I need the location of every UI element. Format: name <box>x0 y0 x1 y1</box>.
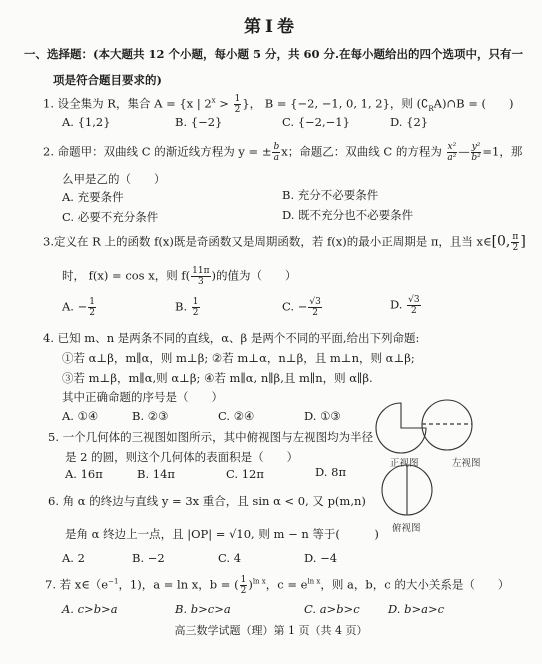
question-6-cont: 是角 α 终边上一点，且 |OP| = √10, 则 m − n 等于( ) <box>65 526 379 542</box>
question-stem: ，1)，a = ln x，b = ( <box>118 578 238 592</box>
superscript: −1 <box>108 578 118 586</box>
question-number: 7. <box>45 578 56 592</box>
question-stem: 若 x∈（e <box>60 578 108 592</box>
front-view-shape <box>376 403 426 453</box>
option-a: A. c>b>a <box>62 602 118 616</box>
option-d: D. b>a>c <box>388 602 444 616</box>
option-d: D. −4 <box>304 551 337 565</box>
fraction: 12 <box>240 575 248 596</box>
option-c: C. a>b>c <box>304 602 360 616</box>
top-view-label: 俯视图 <box>392 520 421 534</box>
option-b: B. −2 <box>132 551 165 565</box>
question-6: 6. 角 α 的终边与直线 y = 3x 重合，且 sin α < 0, 又 p… <box>48 493 366 509</box>
superscript: ln x <box>253 578 266 586</box>
option-a: A. 2 <box>62 551 85 565</box>
question-stem: ，c = e <box>266 578 308 592</box>
question-stem: ，则 a，b，c 的大小关系是（ ） <box>320 578 509 592</box>
option-b: B. b>c>a <box>175 602 231 616</box>
question-7: 7. 若 x∈（e−1，1)，a = ln x，b = (12)ln x，c =… <box>45 575 509 596</box>
option-c: C. 4 <box>218 551 241 565</box>
side-view-shape <box>422 400 472 450</box>
page-footer: 高三数学试题（理）第 1 页（共 4 页） <box>0 622 542 638</box>
side-view-label: 左视图 <box>452 455 481 469</box>
question-number: 6. <box>48 494 59 508</box>
superscript: ln x <box>307 578 320 586</box>
top-view-shape <box>382 465 432 515</box>
question-stem: 角 α 的终边与直线 y = 3x 重合，且 sin α < 0, 又 p(m,… <box>63 494 366 508</box>
front-view-label: 正视图 <box>390 455 419 469</box>
